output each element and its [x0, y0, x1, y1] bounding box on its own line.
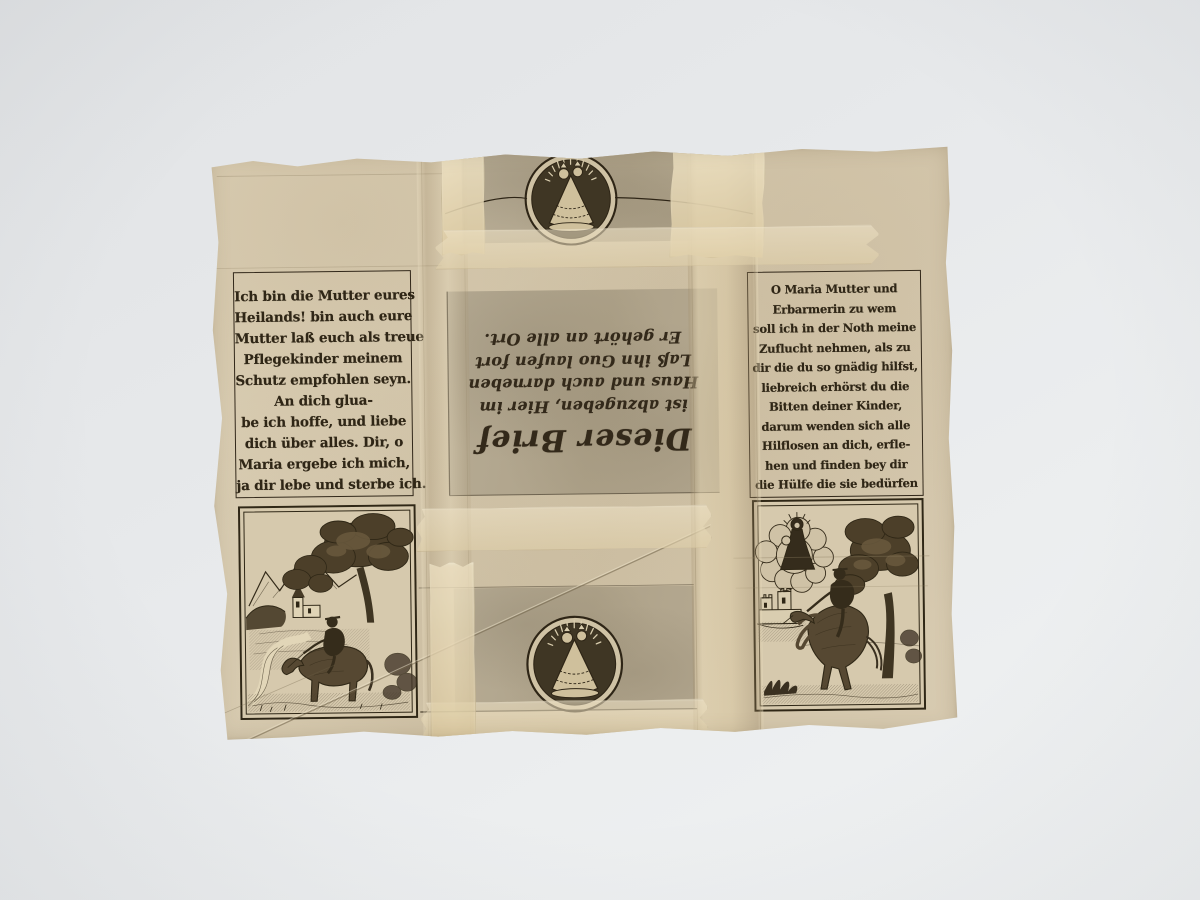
text-line: Bitten deiner Kinder,	[749, 396, 921, 418]
text-line: Ich bin die Mutter eures	[234, 285, 410, 308]
photo-background: Ich bin die Mutter eures Heilands! bin a…	[0, 0, 1200, 900]
text-line: Heilands! bin auch eure	[234, 306, 410, 329]
text-line: Er gehört an alle Ort.	[448, 325, 718, 351]
text-line: soll ich in der Noth meine	[749, 318, 921, 340]
bottom-madonna-medallion-icon	[524, 614, 625, 715]
tape-strip	[416, 504, 713, 552]
text-line: Schutz empfohlen seyn.	[235, 369, 411, 392]
text-line: be ich hoffe, und liebe	[236, 411, 412, 434]
text-line: Erbarmerin zu wem	[748, 298, 920, 320]
address-text-upside-down: Dieser Brief ist abzugeben, Hier im Haus…	[447, 288, 719, 495]
text-line: dich über alles. Dir, o	[236, 432, 412, 455]
text-line: Zuflucht nehmen, als zu	[749, 337, 921, 359]
text-line: darum wenden sich alle	[750, 415, 922, 437]
text-line: Laß ihn Guo laufen fort	[448, 348, 718, 374]
text-line: Maria ergebe ich mich,	[236, 453, 412, 476]
text-line: An dich glua-	[235, 390, 411, 413]
text-line: Haus und auch darneben	[448, 370, 718, 396]
top-madonna-medallion-icon	[522, 151, 619, 248]
text-line: O Maria Mutter und	[748, 279, 920, 301]
left-text-panel: Ich bin die Mutter eures Heilands! bin a…	[233, 270, 414, 498]
left-illustration-rider-engraving	[238, 504, 419, 720]
text-line: dir die du so gnädig hilfst,	[749, 357, 921, 379]
text-line: ja dir lebe und sterbe ich.	[236, 474, 412, 497]
text-line: hen und finden bey dir	[750, 454, 922, 476]
text-line: ist abzugeben, Hier im	[448, 393, 718, 419]
right-illustration-rider-madonna-engraving	[752, 498, 927, 712]
devotional-letter-sheet: Ich bin die Mutter eures Heilands! bin a…	[208, 145, 957, 740]
text-line: Mutter laß euch als treue	[235, 327, 411, 350]
text-line: Hilflosen an dich, erfle-	[750, 435, 922, 457]
text-line: Pflegekinder meinem	[235, 348, 411, 371]
text-line: liebreich erhörst du die	[749, 376, 921, 398]
right-text-panel: O Maria Mutter und Erbarmerin zu wem sol…	[747, 270, 924, 498]
address-title: Dieser Brief	[449, 419, 719, 458]
text-line: die Hülfe die sie bedürfen	[750, 474, 922, 496]
